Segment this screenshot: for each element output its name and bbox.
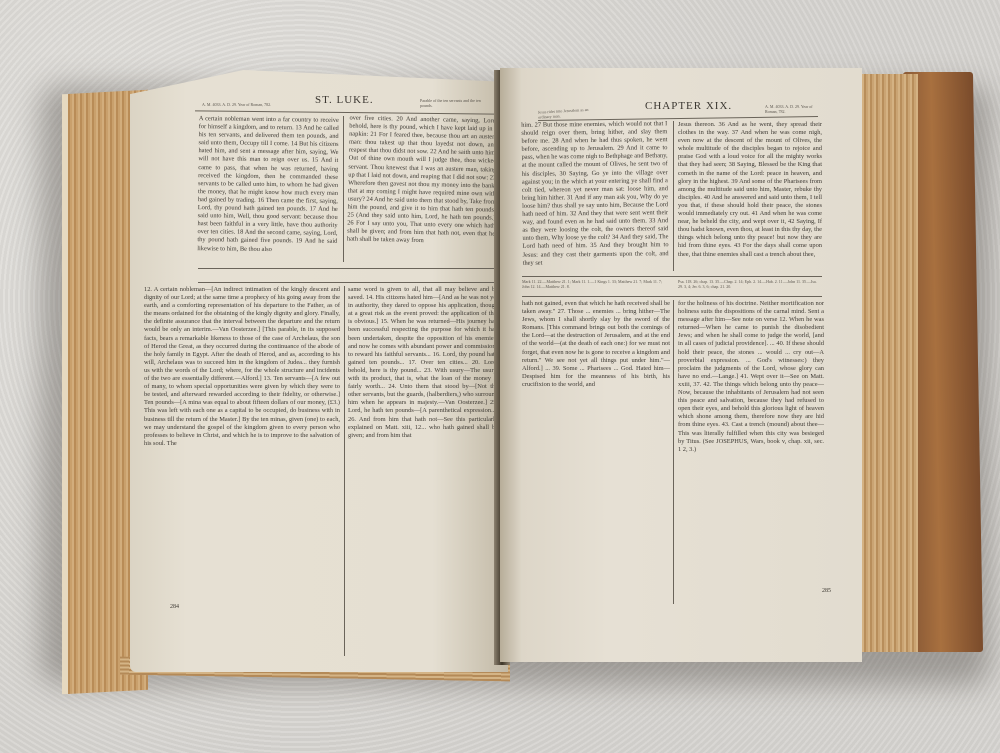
left-page-number: 284	[170, 604, 179, 610]
right-page-block-edge	[858, 74, 918, 652]
right-cross-refs-2: Psa. 118. 26; chap. 13. 35.—Chap. 2. 14;…	[678, 279, 822, 289]
left-running-header: ST. LUKE.	[315, 94, 374, 106]
right-commentary-column-1: hath not gained, even that which he hath…	[522, 300, 670, 604]
right-page: Jesus rides into Jerusalem as an ordinar…	[500, 68, 862, 662]
right-margin-note-topic: Jesus rides into Jerusalem as an ordinar…	[538, 106, 598, 119]
right-scripture-column-1: him. 27 But those mine enemies, which wo…	[521, 120, 669, 272]
right-scripture-column-2: Jesus thereon. 36 And as he went, they s…	[678, 121, 822, 271]
left-margin-note-topic: Parable of the ten servants and the ten …	[420, 98, 492, 108]
header-rule	[195, 110, 495, 114]
left-scripture-column-2: over five cities. 20 And another came, s…	[346, 114, 497, 263]
column-divider	[673, 300, 674, 604]
cross-ref-rule	[198, 268, 494, 269]
left-margin-note-date: A. M. 4033. A. D. 29. Year of Roman, 782…	[202, 102, 272, 107]
column-divider	[344, 286, 345, 656]
commentary-rule	[522, 296, 822, 297]
right-cross-refs-1: Mark 11. 22.—Matthew 21. 1; Mark 11. 1.—…	[522, 279, 670, 289]
column-divider	[673, 121, 674, 271]
commentary-rule	[198, 282, 494, 283]
left-page: A. M. 4033. A. D. 29. Year of Roman, 782…	[130, 70, 508, 672]
left-scripture-column-1: A certain nobleman went into a far count…	[197, 115, 339, 263]
column-divider	[343, 116, 344, 262]
right-page-number: 285	[822, 588, 831, 594]
left-commentary-column-1: 12. A certain nobleman—[An indirect inti…	[144, 286, 340, 656]
left-commentary-column-2: same word is given to all, that all may …	[348, 286, 498, 656]
cross-ref-rule	[522, 276, 822, 277]
right-margin-note-date: A. M. 4033. A. D. 29. Year of Roman, 782…	[765, 104, 820, 114]
right-commentary-column-2: for the holiness of his doctrine. Neithe…	[678, 300, 824, 604]
right-running-header: CHAPTER XIX.	[645, 100, 732, 112]
